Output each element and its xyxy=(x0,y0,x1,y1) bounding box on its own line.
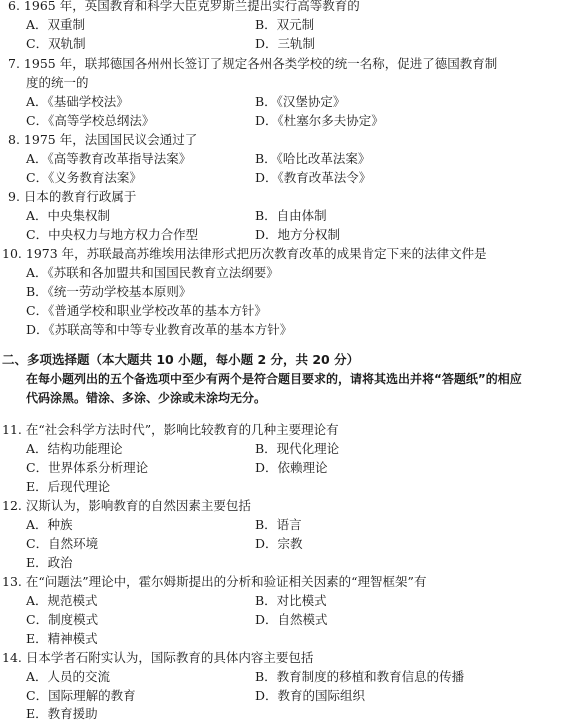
option-c: C．《普通学校和职业学校改革的基本方针》 xyxy=(26,302,267,320)
question-number: 12. xyxy=(2,498,22,513)
option-b: B．语言 xyxy=(255,516,302,534)
option-c: C．中央权力与地方权力合作型 xyxy=(26,226,198,244)
option-d: D．宗教 xyxy=(255,535,303,553)
option-a: A．种族 xyxy=(26,516,73,534)
option-c: C．《高等学校总纲法》 xyxy=(26,112,154,130)
option-d: D．《苏联高等和中等专业教育改革的基本方针》 xyxy=(26,321,292,339)
option-e: E．精神模式 xyxy=(26,630,98,648)
option-a: A．双重制 xyxy=(26,16,85,34)
question-stem: 日本学者石附实认为，国际教育的具体内容主要包括 xyxy=(26,650,314,665)
option-d: D．《教育改革法令》 xyxy=(255,169,371,187)
option-c: C．自然环境 xyxy=(26,535,98,553)
option-c: C．世界体系分析理论 xyxy=(26,459,148,477)
question-8: 8. 1975 年，法国国民议会通过了 xyxy=(8,131,197,149)
question-stem: 1955 年，联邦德国各州州长签订了规定各州各类学校的统一名称，促进了德国教育制 xyxy=(24,56,497,71)
section-instruction-continued: 代码涂黑。错涂、多涂、少涂或未涂均无分。 xyxy=(26,389,266,407)
question-number: 11. xyxy=(2,422,22,437)
question-stem: 1973 年，苏联最高苏维埃用法律形式把历次教育改革的成果肯定下来的法律文件是 xyxy=(26,246,487,261)
option-b: B．教育制度的移植和教育信息的传播 xyxy=(255,668,464,686)
option-e: E．后现代理论 xyxy=(26,478,110,496)
question-12: 12. 汉斯认为，影响教育的自然因素主要包括 xyxy=(2,497,251,515)
option-a: A．《苏联和各加盟共和国国民教育立法纲要》 xyxy=(26,264,279,282)
option-c: C．制度模式 xyxy=(26,611,98,629)
option-d: D．《杜塞尔多夫协定》 xyxy=(255,112,384,130)
exam-page: 6. 1965 年，英国教育和科学大臣克罗斯兰提出实行高等教育的 A．双重制 B… xyxy=(0,0,566,722)
question-9: 9. 日本的教育行政属于 xyxy=(8,188,136,206)
option-a: A．人员的交流 xyxy=(26,668,110,686)
question-13: 13. 在“问题法”理论中，霍尔姆斯提出的分析和验证相关因素的“理智框架”有 xyxy=(2,573,426,591)
option-b: B．现代化理论 xyxy=(255,440,339,458)
option-c: C．国际理解的教育 xyxy=(26,687,136,705)
option-d: D．自然模式 xyxy=(255,611,328,629)
question-7: 7. 1955 年，联邦德国各州州长签订了规定各州各类学校的统一名称，促进了德国… xyxy=(8,55,497,73)
question-stem-continued: 度的统一的 xyxy=(26,74,89,92)
option-a: A．结构功能理论 xyxy=(26,440,123,458)
option-b: B．《统一劳动学校基本原则》 xyxy=(26,283,191,301)
option-e: E．政治 xyxy=(26,554,73,572)
option-a: A．规范模式 xyxy=(26,592,98,610)
option-a: A．《高等教育改革指导法案》 xyxy=(26,150,191,168)
question-11: 11. 在“社会科学方法时代”，影响比较教育的几种主要理论有 xyxy=(2,421,339,439)
question-stem: 汉斯认为，影响教育的自然因素主要包括 xyxy=(26,498,251,513)
option-b: B．《哈比改革法案》 xyxy=(255,150,370,168)
option-e: E．教育援助 xyxy=(26,705,98,722)
option-a: A．中央集权制 xyxy=(26,207,110,225)
question-stem: 在“问题法”理论中，霍尔姆斯提出的分析和验证相关因素的“理智框架”有 xyxy=(26,574,427,589)
section-instruction: 在每小题列出的五个备选项中至少有两个是符合题目要求的，请将其选出并将“答题纸”的… xyxy=(26,370,522,388)
question-number: 14. xyxy=(2,650,22,665)
section-title: 二、多项选择题（本大题共 10 小题，每小题 2 分，共 20 分） xyxy=(2,351,359,369)
question-14: 14. 日本学者石附实认为，国际教育的具体内容主要包括 xyxy=(2,649,313,667)
question-number: 9. xyxy=(8,189,20,204)
question-number: 7. xyxy=(8,56,20,71)
question-number: 13. xyxy=(2,574,22,589)
question-number: 6. xyxy=(8,0,20,13)
option-d: D．三轨制 xyxy=(255,35,315,53)
option-c: C．双轨制 xyxy=(26,35,86,53)
option-c: C．《义务教育法案》 xyxy=(26,169,142,187)
option-b: B．对比模式 xyxy=(255,592,327,610)
option-d: D．依赖理论 xyxy=(255,459,328,477)
question-stem: 1975 年，法国国民议会通过了 xyxy=(24,132,197,147)
question-stem: 1965 年，英国教育和科学大臣克罗斯兰提出实行高等教育的 xyxy=(24,0,360,13)
question-stem: 日本的教育行政属于 xyxy=(24,189,137,204)
question-10: 10. 1973 年，苏联最高苏维埃用法律形式把历次教育改革的成果肯定下来的法律… xyxy=(2,245,487,263)
question-number: 10. xyxy=(2,246,22,261)
option-a: A．《基础学校法》 xyxy=(26,93,129,111)
option-b: B．《汉堡协定》 xyxy=(255,93,345,111)
question-6: 6. 1965 年，英国教育和科学大臣克罗斯兰提出实行高等教育的 xyxy=(8,0,360,15)
option-d: D．教育的国际组织 xyxy=(255,687,365,705)
option-d: D．地方分权制 xyxy=(255,226,340,244)
question-number: 8. xyxy=(8,132,20,147)
option-b: B．自由体制 xyxy=(255,207,327,225)
question-stem: 在“社会科学方法时代”，影响比较教育的几种主要理论有 xyxy=(26,422,339,437)
option-b: B．双元制 xyxy=(255,16,314,34)
